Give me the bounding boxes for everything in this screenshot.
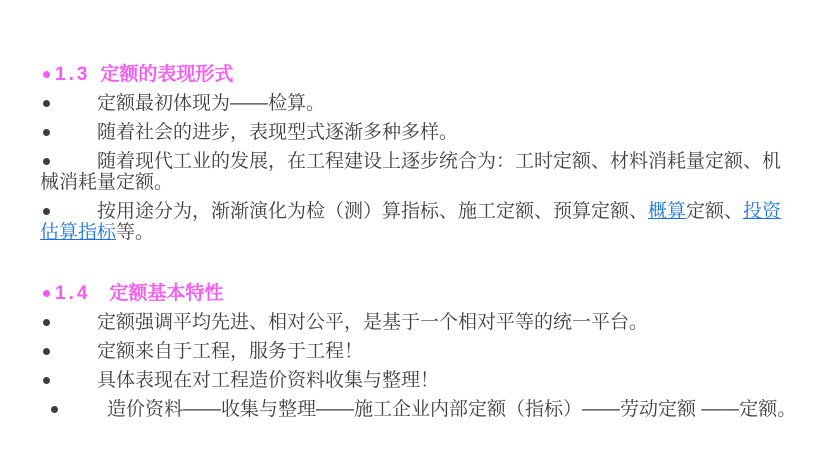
circle-bullet-icon (43, 208, 50, 215)
inline-link[interactable]: 概算 (648, 201, 686, 222)
circle-bullet-icon (43, 129, 50, 136)
text-segment: 造价资料——收集与整理——施工企业内部定额（指标）——劳动定额 ——定额。 (107, 399, 796, 420)
text-line: 定额强调平均先进、相对公平，是基于一个相对平等的统一平台。 (40, 312, 840, 333)
content: 1.3定额的表现形式定额最初体现为——检算。随着社会的进步，表现型式逐渐多种多样… (40, 64, 840, 428)
list-item: 造价资料——收集与整理——施工企业内部定额（指标）——劳动定额 ——定额。 (40, 399, 840, 420)
list-item: 具体表现在对工程造价资料收集与整理！ (40, 370, 840, 391)
circle-bullet-icon (51, 406, 58, 413)
inline-link[interactable]: 估算指标 (40, 222, 116, 243)
text-segment: 按用途分为，渐渐演化为检（测）算指标、施工定额、预算定额、 (97, 201, 648, 222)
circle-bullet-icon (43, 348, 50, 355)
text-segment: 具体表现在对工程造价资料收集与整理！ (97, 370, 439, 391)
circle-bullet-icon (43, 377, 50, 384)
list-item: 定额强调平均先进、相对公平，是基于一个相对平等的统一平台。 (40, 312, 840, 333)
section-heading: 1.3定额的表现形式 (40, 64, 840, 85)
section-heading: 1.4定额基本特性 (40, 283, 840, 304)
heading-title: 定额的表现形式 (100, 64, 233, 85)
text-segment: 随着现代工业的发展，在工程建设上逐步统合为：工时定额、材料消耗量定额、机 (97, 151, 781, 172)
section-1.3: 1.3定额的表现形式定额最初体现为——检算。随着社会的进步，表现型式逐渐多种多样… (40, 64, 840, 243)
text-line: 定额来自于工程，服务于工程！ (40, 341, 840, 362)
text-line: 按用途分为，渐渐演化为检（测）算指标、施工定额、预算定额、概算定额、投资 (40, 201, 840, 222)
slide: 1.3定额的表现形式定额最初体现为——检算。随着社会的进步，表现型式逐渐多种多样… (0, 0, 840, 473)
list-item: 定额最初体现为——检算。 (40, 93, 840, 114)
list-item: 按用途分为，渐渐演化为检（测）算指标、施工定额、预算定额、概算定额、投资估算指标… (40, 201, 840, 243)
text-segment: 定额最初体现为——检算。 (97, 93, 325, 114)
circle-bullet-icon (43, 319, 50, 326)
circle-bullet-icon (43, 158, 50, 165)
heading-title: 定额基本特性 (109, 283, 223, 304)
text-segment: 等。 (116, 222, 154, 243)
circle-bullet-icon (43, 100, 50, 107)
text-segment: 定额强调平均先进、相对公平，是基于一个相对平等的统一平台。 (97, 312, 648, 333)
text-segment: 定额来自于工程，服务于工程！ (97, 341, 363, 362)
inline-link[interactable]: 投资 (743, 201, 781, 222)
list-item: 随着现代工业的发展，在工程建设上逐步统合为：工时定额、材料消耗量定额、机械消耗量… (40, 151, 840, 193)
text-segment: 械消耗量定额。 (40, 172, 173, 193)
text-line: 械消耗量定额。 (40, 172, 840, 193)
text-segment: 定额、 (686, 201, 743, 222)
text-segment: 随着社会的进步，表现型式逐渐多种多样。 (97, 122, 458, 143)
text-line: 造价资料——收集与整理——施工企业内部定额（指标）——劳动定额 ——定额。 (40, 399, 840, 420)
text-line: 随着社会的进步，表现型式逐渐多种多样。 (40, 122, 840, 143)
circle-bullet-icon (43, 290, 50, 297)
list-item: 随着社会的进步，表现型式逐渐多种多样。 (40, 122, 840, 143)
text-line: 估算指标等。 (40, 222, 840, 243)
text-line: 具体表现在对工程造价资料收集与整理！ (40, 370, 840, 391)
text-line: 定额最初体现为——检算。 (40, 93, 840, 114)
section-1.4: 1.4定额基本特性定额强调平均先进、相对公平，是基于一个相对平等的统一平台。定额… (40, 283, 840, 420)
list-item: 定额来自于工程，服务于工程！ (40, 341, 840, 362)
text-line: 随着现代工业的发展，在工程建设上逐步统合为：工时定额、材料消耗量定额、机 (40, 151, 840, 172)
circle-bullet-icon (43, 71, 50, 78)
